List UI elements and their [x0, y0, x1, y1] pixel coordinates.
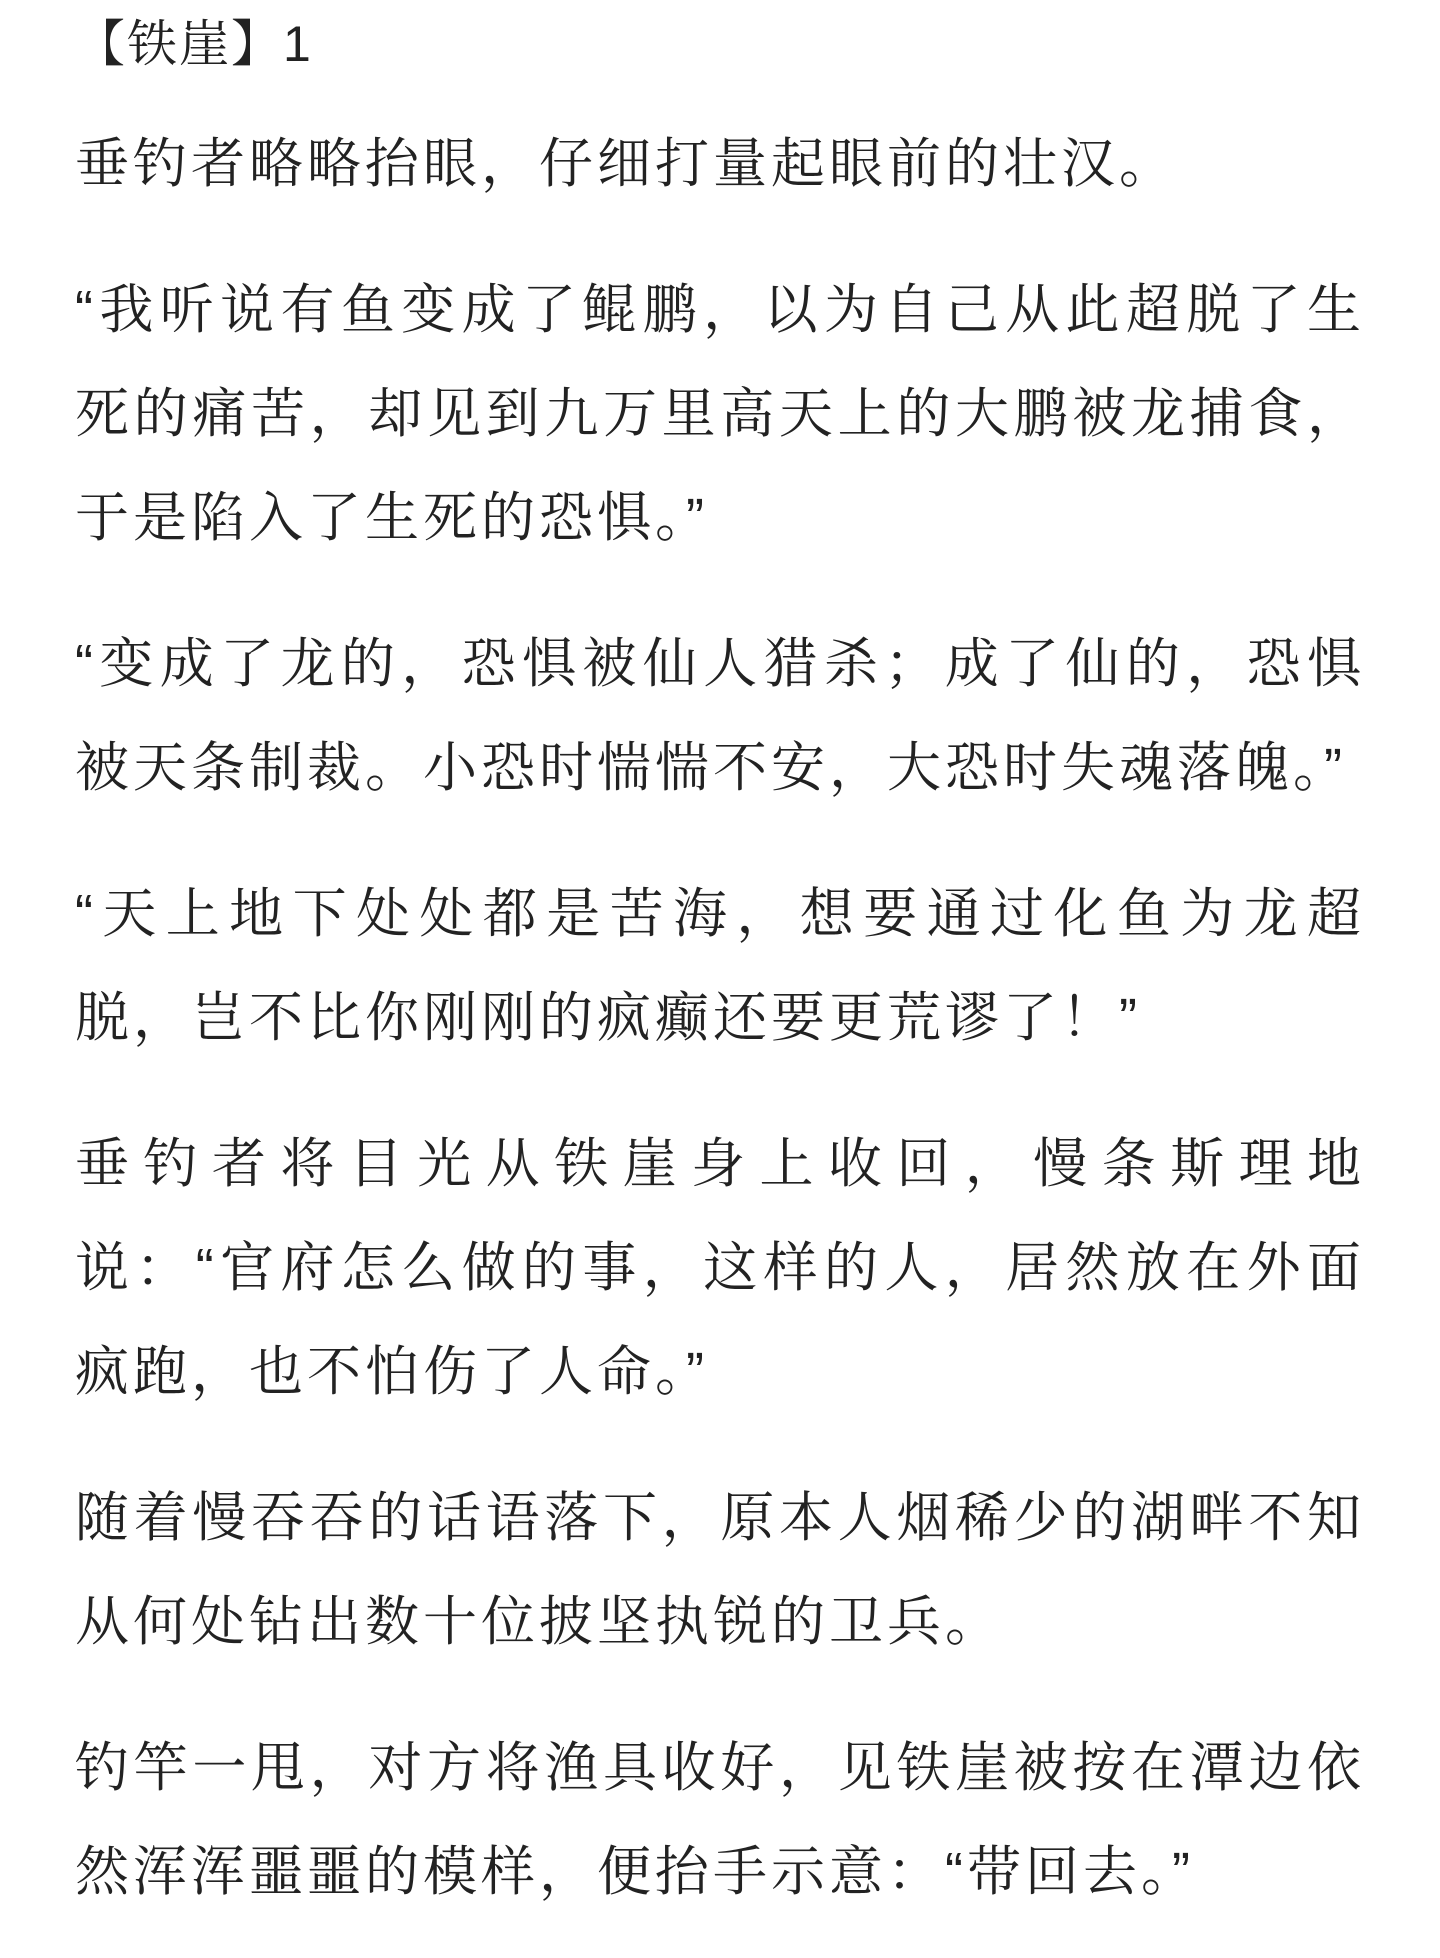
- paragraph: 随着慢吞吞的话语落下，原本人烟稀少的湖畔不知从何处钻出数十位披坚执锐的卫兵。: [75, 1466, 1365, 1674]
- paragraph: “天上地下处处都是苦海，想要通过化鱼为龙超脱，岂不比你刚刚的疯癫还要更荒谬了！”: [75, 862, 1365, 1070]
- paragraph: 垂钓者将目光从铁崖身上收回，慢条斯理地说：“官府怎么做的事，这样的人，居然放在外…: [75, 1112, 1365, 1424]
- reader-page: 【铁崖】1 垂钓者略略抬眼，仔细打量起眼前的壮汉。 “我听说有鱼变成了鲲鹏，以为…: [0, 0, 1440, 1958]
- paragraph: “我听说有鱼变成了鲲鹏，以为自己从此超脱了生死的痛苦，却见到九万里高天上的大鹏被…: [75, 258, 1365, 570]
- paragraph: “变成了龙的，恐惧被仙人猎杀；成了仙的，恐惧被天条制裁。小恐时惴惴不安，大恐时失…: [75, 612, 1365, 820]
- paragraph: 垂钓者略略抬眼，仔细打量起眼前的壮汉。: [75, 112, 1365, 216]
- chapter-title: 【铁崖】1: [75, 8, 1365, 80]
- paragraph: 钓竿一甩，对方将渔具收好，见铁崖被按在潭边依然浑浑噩噩的模样，便抬手示意：“带回…: [75, 1716, 1365, 1924]
